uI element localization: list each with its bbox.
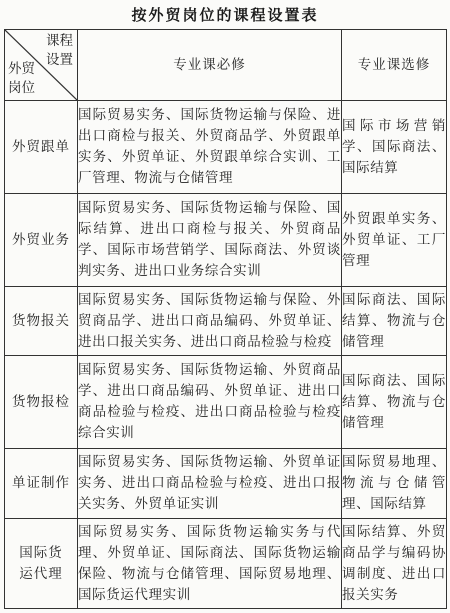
course-table: 课程 设置 外贸 岗位 专业课必修 专业课选修 外贸跟单 国际贸易实务、国际货物… <box>4 29 447 609</box>
post-cell: 外贸业务 <box>5 194 78 287</box>
header-elective: 专业课选修 <box>342 30 447 101</box>
post-cell: 单证制作 <box>5 449 78 519</box>
required-cell: 国际贸易实务、国际货物运输与保险、国际结算、进出口商检与报关、外贸商品学、国际市… <box>78 194 342 287</box>
table-row: 货物报检 国际贸易实务、国际货物运输、外贸商品学、进出口商品编码、外贸单证、进出… <box>5 356 447 449</box>
required-cell: 国际贸易实务、国际货物运输实务与代理、外贸单证、国际商法、国际货物运输保险、物流… <box>78 519 342 609</box>
post-cell: 货物报检 <box>5 356 78 449</box>
table-row: 货物报关 国际贸易实务、国际货物运输与保险、外贸商品学、进出口商品编码、外贸单证… <box>5 287 447 356</box>
elective-cell: 外贸跟单实务、外贸单证、工厂管理 <box>342 194 447 287</box>
post-cell: 国际货运代理 <box>5 519 78 609</box>
elective-cell: 国际商法、国际结算、物流与仓储管理 <box>342 287 447 356</box>
elective-cell: 国际市场营销学、国际商法、国际结算 <box>342 101 447 194</box>
header-row: 课程 设置 外贸 岗位 专业课必修 专业课选修 <box>5 30 447 101</box>
table-row: 单证制作 国际贸易实务、国际货物运输、外贸单证实务、进出口商品检验与检疫、进出口… <box>5 449 447 519</box>
corner-label-course-setting: 课程 设置 <box>46 32 73 70</box>
corner-header-cell: 课程 设置 外贸 岗位 <box>5 30 78 101</box>
post-cell: 外贸跟单 <box>5 101 78 194</box>
table-row: 国际货运代理 国际贸易实务、国际货物运输实务与代理、外贸单证、国际商法、国际货物… <box>5 519 447 609</box>
required-cell: 国际贸易实务、国际货物运输与保险、外贸商品学、进出口商品编码、外贸单证、进出口报… <box>78 287 342 356</box>
elective-cell: 国际贸易地理、物流与仓储管理、国际结算 <box>342 449 447 519</box>
required-cell: 国际贸易实务、国际货物运输、外贸单证实务、进出口商品检验与检疫、进出口报关实务、… <box>78 449 342 519</box>
required-cell: 国际贸易实务、国际货物运输与保险、进出口商检与报关、外贸商品学、外贸跟单实务、外… <box>78 101 342 194</box>
table-row: 外贸跟单 国际贸易实务、国际货物运输与保险、进出口商检与报关、外贸商品学、外贸跟… <box>5 101 447 194</box>
header-required: 专业课必修 <box>78 30 342 101</box>
corner-label-trade-post: 外贸 岗位 <box>8 60 35 98</box>
elective-cell: 国际商法、国际结算、物流与仓储管理 <box>342 356 447 449</box>
elective-cell: 国际结算、外贸商品学与编码协调制度、进出口报关实务 <box>342 519 447 609</box>
table-title: 按外贸岗位的课程设置表 <box>0 4 450 25</box>
required-cell: 国际贸易实务、国际货物运输、外贸商品学、进出口商品编码、外贸单证、进出口商品检验… <box>78 356 342 449</box>
post-cell: 货物报关 <box>5 287 78 356</box>
table-row: 外贸业务 国际贸易实务、国际货物运输与保险、国际结算、进出口商检与报关、外贸商品… <box>5 194 447 287</box>
